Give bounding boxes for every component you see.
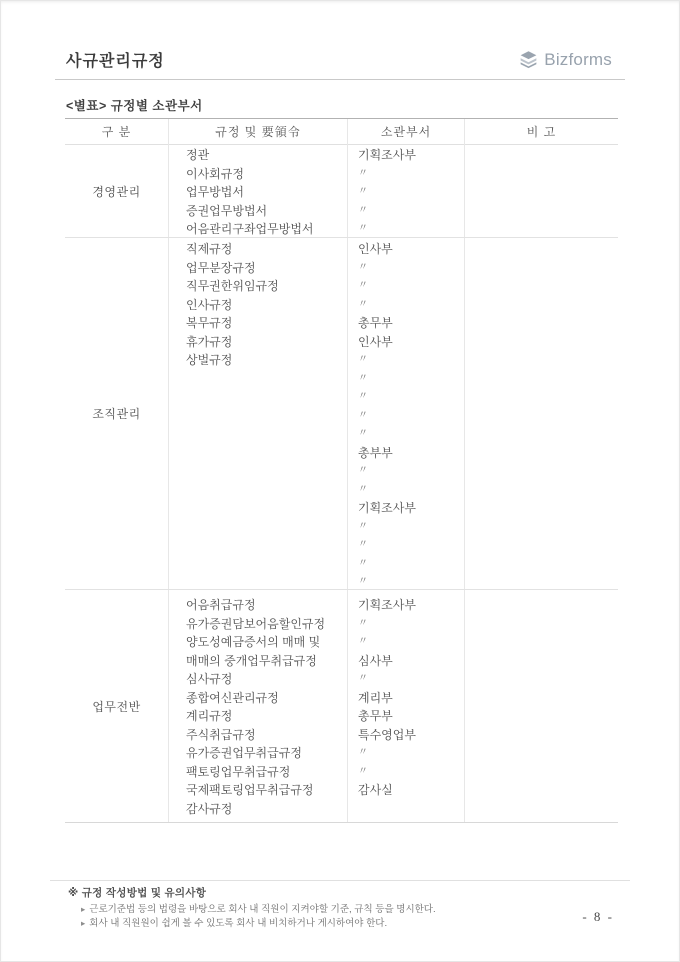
- regulation-cell: 이사회규정: [169, 165, 347, 184]
- department-column: 기획조사부〃〃〃〃: [347, 145, 464, 237]
- note-cell: [465, 518, 618, 537]
- note-cell: [465, 220, 618, 238]
- regulation-cell: 계리규정: [169, 707, 347, 726]
- page-number: - 8 -: [582, 909, 614, 925]
- note-cell: [465, 240, 618, 259]
- department-cell: 〃: [348, 518, 464, 537]
- category-cell: 업무전반: [65, 590, 168, 822]
- department-cell: 기획조사부: [348, 146, 464, 165]
- regulation-cell: [169, 444, 347, 463]
- note-column: [464, 590, 618, 822]
- header-divider: [55, 79, 625, 80]
- note-cell: [465, 615, 618, 634]
- department-cell: [348, 800, 464, 819]
- note-cell: [465, 744, 618, 763]
- regulation-cell: 감사규정: [169, 800, 347, 819]
- regulation-cell: 정관: [169, 146, 347, 165]
- regulation-cell: 어음관리구좌업무방법서: [169, 220, 347, 238]
- regulation-cell: 유가증권업무취급규정: [169, 744, 347, 763]
- note-cell: [465, 462, 618, 481]
- regulation-column: 어음취급규정유가증권담보어음할인규정양도성예금증서의 매매 및매매의 중개업무취…: [168, 590, 347, 822]
- regulation-cell: [169, 499, 347, 518]
- note-cell: [465, 370, 618, 389]
- department-cell: 〃: [348, 370, 464, 389]
- note-cell: [465, 481, 618, 500]
- department-cell: 〃: [348, 615, 464, 634]
- note-cell: [465, 800, 618, 819]
- note-cell: [465, 444, 618, 463]
- department-cell: 특수영업부: [348, 726, 464, 745]
- footer-note-text: 회사 내 직원원이 쉽게 볼 수 있도록 회사 내 비치하거나 게시하여야 한다…: [89, 918, 387, 929]
- department-cell: 계리부: [348, 689, 464, 708]
- department-cell: 〃: [348, 259, 464, 278]
- regulation-cell: 업무분장규정: [169, 259, 347, 278]
- department-cell: 〃: [348, 202, 464, 221]
- regulation-cell: 팩토링업무취급규정: [169, 763, 347, 782]
- department-cell: 총부부: [348, 444, 464, 463]
- department-cell: 인사부: [348, 333, 464, 352]
- note-cell: [465, 670, 618, 689]
- note-cell: [465, 689, 618, 708]
- note-cell: [465, 652, 618, 671]
- department-cell: 〃: [348, 425, 464, 444]
- regulation-cell: 매매의 중개업무취급규정: [169, 652, 347, 671]
- department-cell: 〃: [348, 183, 464, 202]
- department-cell: 〃: [348, 351, 464, 370]
- note-cell: [465, 726, 618, 745]
- note-cell: [465, 499, 618, 518]
- note-cell: [465, 407, 618, 426]
- department-cell: 〃: [348, 407, 464, 426]
- footer-notes: ※ 규정 작성방법 및 유의사항 ▸근로기준법 등의 법령을 바탕으로 회사 내…: [68, 885, 436, 930]
- table-caption: <별표> 규정별 소관부서: [66, 96, 203, 114]
- regulation-cell: [169, 481, 347, 500]
- footer-heading: ※ 규정 작성방법 및 유의사항: [68, 885, 436, 900]
- footer-note-text: 근로기준법 등의 법령을 바탕으로 회사 내 직원이 지켜야할 기준, 규칙 등…: [89, 904, 435, 915]
- footer-note: ▸근로기준법 등의 법령을 바탕으로 회사 내 직원이 지켜야할 기준, 규칙 …: [81, 903, 436, 917]
- regulation-cell: 복무규정: [169, 314, 347, 333]
- note-cell: [465, 573, 618, 590]
- note-cell: [465, 296, 618, 315]
- department-cell: 〃: [348, 536, 464, 555]
- regulation-column: 직제규정업무분장규정직무권한위임규정인사규정복무규정휴가규정상벌규정: [168, 238, 347, 589]
- regulation-cell: 상벌규정: [169, 351, 347, 370]
- regulation-cell: [169, 370, 347, 389]
- table-header-row: 구 분 규정 및 要領令 소관부서 비 고: [65, 118, 618, 145]
- regulation-cell: [169, 518, 347, 537]
- note-cell: [465, 351, 618, 370]
- triangle-bullet-icon: ▸: [81, 904, 85, 914]
- department-cell: 〃: [348, 633, 464, 652]
- department-cell: 〃: [348, 220, 464, 238]
- department-cell: 〃: [348, 462, 464, 481]
- department-cell: 〃: [348, 481, 464, 500]
- table-group-0: 경영관리정관이사회규정업무방법서증권업무방법서어음관리구좌업무방법서기획조사부〃…: [65, 145, 618, 238]
- department-cell: 총무부: [348, 707, 464, 726]
- layers-icon: [518, 49, 539, 70]
- regulation-cell: 종합여신관리규정: [169, 689, 347, 708]
- footer-note: ▸회사 내 직원원이 쉽게 볼 수 있도록 회사 내 비치하거나 게시하여야 한…: [81, 917, 436, 931]
- regulation-cell: 직무권한위임규정: [169, 277, 347, 296]
- note-cell: [465, 202, 618, 221]
- regulation-cell: 증권업무방법서: [169, 202, 347, 221]
- note-column: [464, 145, 618, 237]
- note-cell: [465, 259, 618, 278]
- note-cell: [465, 633, 618, 652]
- department-cell: 기획조사부: [348, 499, 464, 518]
- regulation-cell: 인사규정: [169, 296, 347, 315]
- department-cell: 〃: [348, 296, 464, 315]
- regulation-cell: [169, 388, 347, 407]
- footer-divider: [50, 880, 630, 881]
- regulation-cell: 휴가규정: [169, 333, 347, 352]
- department-cell: 〃: [348, 670, 464, 689]
- department-cell: 〃: [348, 573, 464, 590]
- regulation-cell: 심사규정: [169, 670, 347, 689]
- note-cell: [465, 333, 618, 352]
- page-title: 사규관리규정: [66, 48, 165, 71]
- regulations-table: 구 분 규정 및 要領令 소관부서 비 고 경영관리정관이사회규정업무방법서증권…: [65, 118, 618, 823]
- category-cell: 경영관리: [65, 145, 168, 237]
- department-cell: 〃: [348, 388, 464, 407]
- department-cell: 〃: [348, 165, 464, 184]
- column-header-regulation: 규정 및 要領令: [168, 119, 347, 145]
- document-page: 사규관리규정 Bizforms <별표> 규정별 소관부서 구 분 규정 및 要…: [0, 0, 680, 962]
- regulation-cell: [169, 425, 347, 444]
- department-cell: 〃: [348, 555, 464, 574]
- note-cell: [465, 277, 618, 296]
- department-cell: 기획조사부: [348, 596, 464, 615]
- column-header-note: 비 고: [464, 119, 618, 145]
- department-cell: 〃: [348, 763, 464, 782]
- note-cell: [465, 555, 618, 574]
- regulation-cell: [169, 573, 347, 590]
- regulation-cell: [169, 536, 347, 555]
- bizforms-logo: Bizforms: [518, 49, 612, 70]
- regulation-column: 정관이사회규정업무방법서증권업무방법서어음관리구좌업무방법서: [168, 145, 347, 237]
- regulation-cell: 양도성예금증서의 매매 및: [169, 633, 347, 652]
- note-cell: [465, 314, 618, 333]
- department-cell: 인사부: [348, 240, 464, 259]
- department-cell: 총무부: [348, 314, 464, 333]
- note-column: [464, 238, 618, 589]
- category-cell: 조직관리: [65, 238, 168, 589]
- department-cell: 〃: [348, 277, 464, 296]
- regulation-cell: [169, 555, 347, 574]
- note-cell: [465, 388, 618, 407]
- regulation-cell: 직제규정: [169, 240, 347, 259]
- note-cell: [465, 536, 618, 555]
- note-cell: [465, 146, 618, 165]
- department-column: 기획조사부〃〃심사부〃계리부총무부특수영업부〃〃감사실: [347, 590, 464, 822]
- note-cell: [465, 707, 618, 726]
- regulation-cell: 국제팩토링업무취급규정: [169, 781, 347, 800]
- regulation-cell: [169, 407, 347, 426]
- category-label: 경영관리: [92, 183, 140, 200]
- table-group-2: 업무전반어음취급규정유가증권담보어음할인규정양도성예금증서의 매매 및매매의 중…: [65, 590, 618, 823]
- department-column: 인사부〃〃〃총무부인사부〃〃〃〃〃총부부〃〃기획조사부〃〃〃〃: [347, 238, 464, 589]
- regulation-cell: 업무방법서: [169, 183, 347, 202]
- note-cell: [465, 425, 618, 444]
- department-cell: 〃: [348, 744, 464, 763]
- column-header-category: 구 분: [65, 119, 168, 145]
- note-cell: [465, 183, 618, 202]
- regulation-cell: 유가증권담보어음할인규정: [169, 615, 347, 634]
- category-label: 업무전반: [92, 698, 140, 715]
- department-cell: 심사부: [348, 652, 464, 671]
- note-cell: [465, 165, 618, 184]
- column-header-department: 소관부서: [347, 119, 464, 145]
- note-cell: [465, 781, 618, 800]
- logo-text: Bizforms: [544, 50, 612, 70]
- regulation-cell: 주식취급규정: [169, 726, 347, 745]
- triangle-bullet-icon: ▸: [81, 918, 85, 928]
- table-group-1: 조직관리직제규정업무분장규정직무권한위임규정인사규정복무규정휴가규정상벌규정인사…: [65, 238, 618, 590]
- category-label: 조직관리: [92, 405, 140, 422]
- note-cell: [465, 596, 618, 615]
- regulation-cell: [169, 462, 347, 481]
- department-cell: 감사실: [348, 781, 464, 800]
- note-cell: [465, 763, 618, 782]
- regulation-cell: 어음취급규정: [169, 596, 347, 615]
